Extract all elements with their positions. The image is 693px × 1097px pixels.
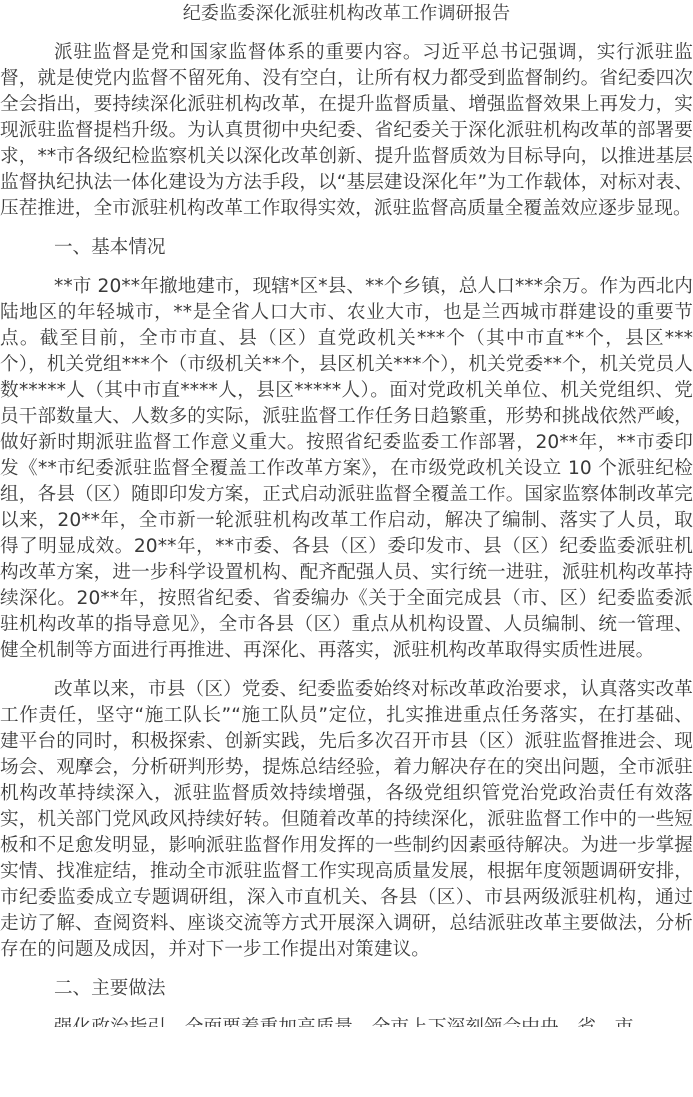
section-heading-basic-situation: 一、基本情况: [0, 235, 693, 261]
document-title: 纪委监委深化派驻机构改革工作调研报告: [0, 0, 693, 27]
spacer: [0, 963, 693, 976]
intro-paragraph: 派驻监督是党和国家监督体系的重要内容。习近平总书记强调，实行派驻监督，就是使党内…: [0, 40, 693, 222]
clipped-line-container: 强化政治指引，全面要着重加高质量，全市上下深刻领会中央、省、市: [0, 1015, 693, 1027]
spacer: [0, 222, 693, 235]
main-practices-paragraph-1: 强化政治指引，全面要着重加高质量，全市上下深刻领会中央、省、市: [0, 1015, 693, 1027]
spacer: [0, 27, 693, 40]
spacer: [0, 1002, 693, 1015]
spacer: [0, 664, 693, 677]
basic-situation-paragraph-1: **市 20**年撤地建市，现辖*区*县、**个乡镇，总人口***余万。作为西北…: [0, 274, 693, 664]
section-heading-main-practices: 二、主要做法: [0, 976, 693, 1002]
document-page: 纪委监委深化派驻机构改革工作调研报告 派驻监督是党和国家监督体系的重要内容。习近…: [0, 0, 693, 1027]
basic-situation-paragraph-2: 改革以来，市县（区）党委、纪委监委始终对标改革政治要求，认真落实改革工作责任，坚…: [0, 677, 693, 963]
spacer: [0, 261, 693, 274]
